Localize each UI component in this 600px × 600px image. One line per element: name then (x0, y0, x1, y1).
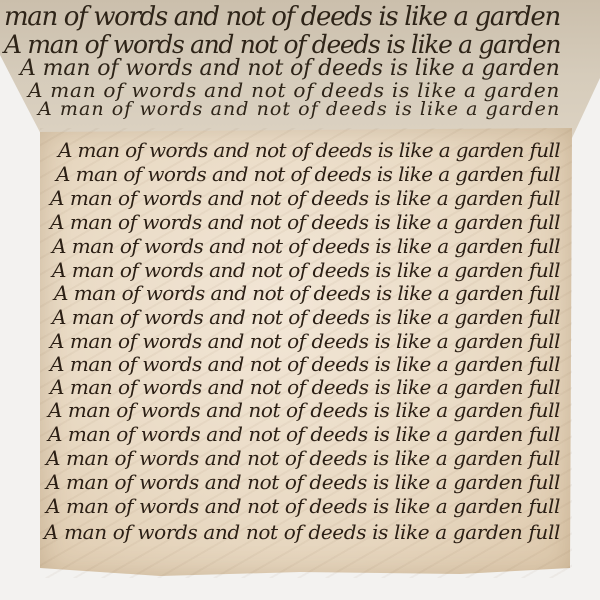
handwritten-line: A man of words and not of deeds is like … (52, 234, 560, 258)
handwritten-line: A man of words and not of deeds is like … (46, 446, 560, 470)
handwritten-line: A man of words and not of deeds is like … (58, 138, 560, 162)
copybook-page: A man of words and not of deeds is like … (40, 128, 572, 578)
handwritten-line: A man of words and not of deeds is like … (50, 329, 560, 353)
handwritten-line: A man of words and not of deeds is like … (46, 494, 560, 518)
handwritten-line: A man of words and not of deeds is like … (48, 398, 560, 422)
handwritten-line: A man of words and not of deeds is like … (50, 375, 560, 399)
handwritten-line: A man of words and not of deeds is like … (4, 30, 560, 59)
handwritten-line: A man of words and not of deeds is like … (52, 258, 560, 282)
handwritten-line: A man of words and not of deeds is like … (50, 210, 560, 234)
handwritten-line: A man of words and not of deeds is like … (50, 352, 560, 376)
folded-top-page: man of words and not of deeds is like a … (0, 0, 600, 140)
handwritten-line: A man of words and not of deeds is like … (50, 186, 560, 210)
handwritten-line: A man of words and not of deeds is like … (48, 422, 560, 446)
handwritten-line: A man of words and not of deeds is like … (54, 281, 560, 305)
handwritten-line: A man of words and not of deeds is like … (52, 305, 560, 329)
handwritten-line: A man of words and not of deeds is like … (56, 162, 560, 186)
handwritten-line: A man of words and not of deeds is like … (44, 520, 560, 544)
handwritten-line: A man of words and not of deeds is like … (46, 470, 560, 494)
handwritten-line: A man of words and not of deeds is like … (38, 98, 560, 120)
handwritten-line: man of words and not of deeds is like a … (4, 2, 560, 32)
